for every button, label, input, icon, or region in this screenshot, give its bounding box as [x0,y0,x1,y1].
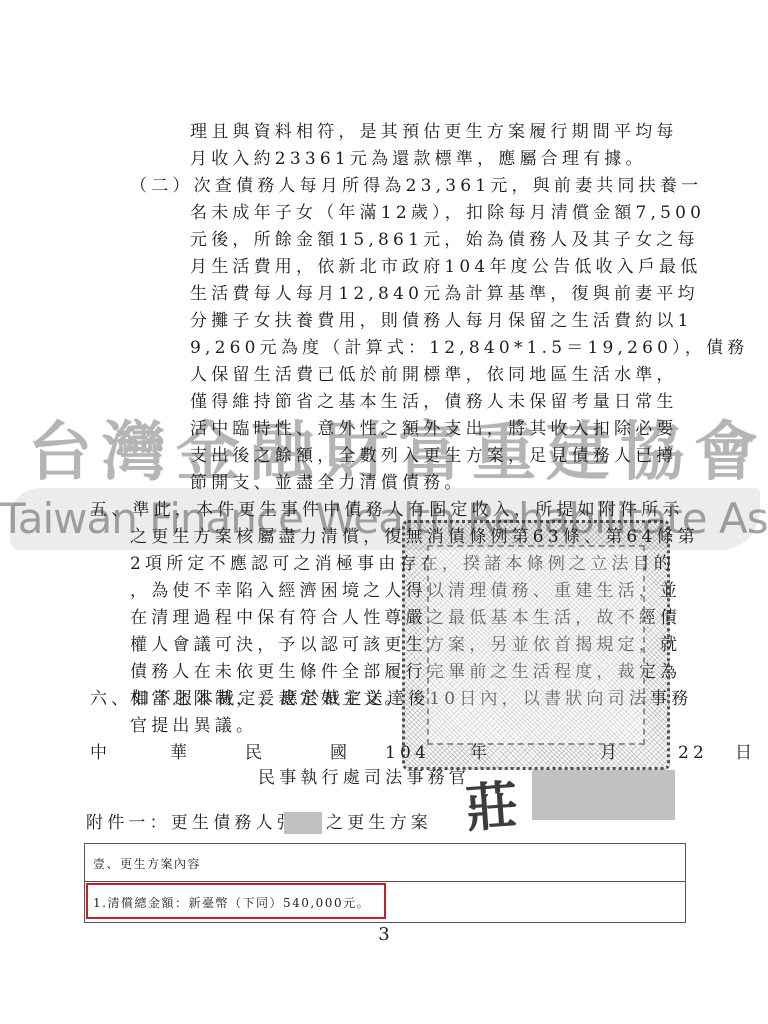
date-part: 22 [678,742,708,764]
highlight-box [86,883,386,919]
body-line: 名未成年子女（年滿12歲），扣除每月清償金額7,500 [190,202,705,224]
body-line: 月收入約23361元為還款標準，應屬合理有據。 [190,148,647,170]
body-line: 官提出異議。 [130,715,257,737]
body-line: 僅得維持節省之基本生活，債務人未保留考量日常生 [190,391,678,413]
body-text: 理且與資料相符，是其預估更生方案履行期間平均每月收入約23361元為還款標準，應… [0,0,768,1024]
body-line: 9,260元為度（計算式：12,840*1.5＝19,260），債務 [190,337,748,359]
date-part: 中 [90,742,111,764]
body-line: 理且與資料相符，是其預估更生方案履行期間平均每 [190,121,678,143]
document-page: 台 灣 金 融 財 富 重 建 協 會 Taiwan Finance Wealt… [0,0,768,1024]
body-line: （二）次查債務人每月所得為23,361元，與前妻共同扶養一 [130,175,702,197]
body-line: 月生活費用，依新北市政府104年度公告低收入戶最低 [190,256,701,278]
body-line: 人保留生活費已低於前開標準，依同地區生活水準， [190,364,678,386]
body-line: 節開支、並盡全力清償債務。 [190,472,466,494]
date-part: 日 [735,742,756,764]
date-part: 月 [600,742,621,764]
body-line: 生活費每人每月12,840元為計算基準，復與前妻平均 [190,283,699,305]
body-line: 支出後之餘額，全數列入更生方案，足見債務人已撙 [190,445,678,467]
body-line: 活中臨時性、意外性之額外支出，將其收入扣除必要 [190,418,678,440]
body-line: 元後，所餘金額15,861元，始為債務人及其子女之每 [190,229,699,251]
date-part: 華 [170,742,191,764]
redacted-name [532,770,675,820]
redacted-debtor-name [284,812,322,834]
court-stamp-inner [427,545,645,745]
date-part: 民 [245,742,266,764]
date-part: 年 [470,742,491,764]
signature-seal: 莊 [464,778,520,837]
body-line: 分攤子女扶養費用，則債務人每月保留之生活費約以1 [190,310,693,332]
date-part: 國 [330,742,351,764]
body-line: 五、準此，本件更生事件中債務人有固定收入，所提如附件所示 [90,499,684,521]
court-stamp [402,520,670,770]
